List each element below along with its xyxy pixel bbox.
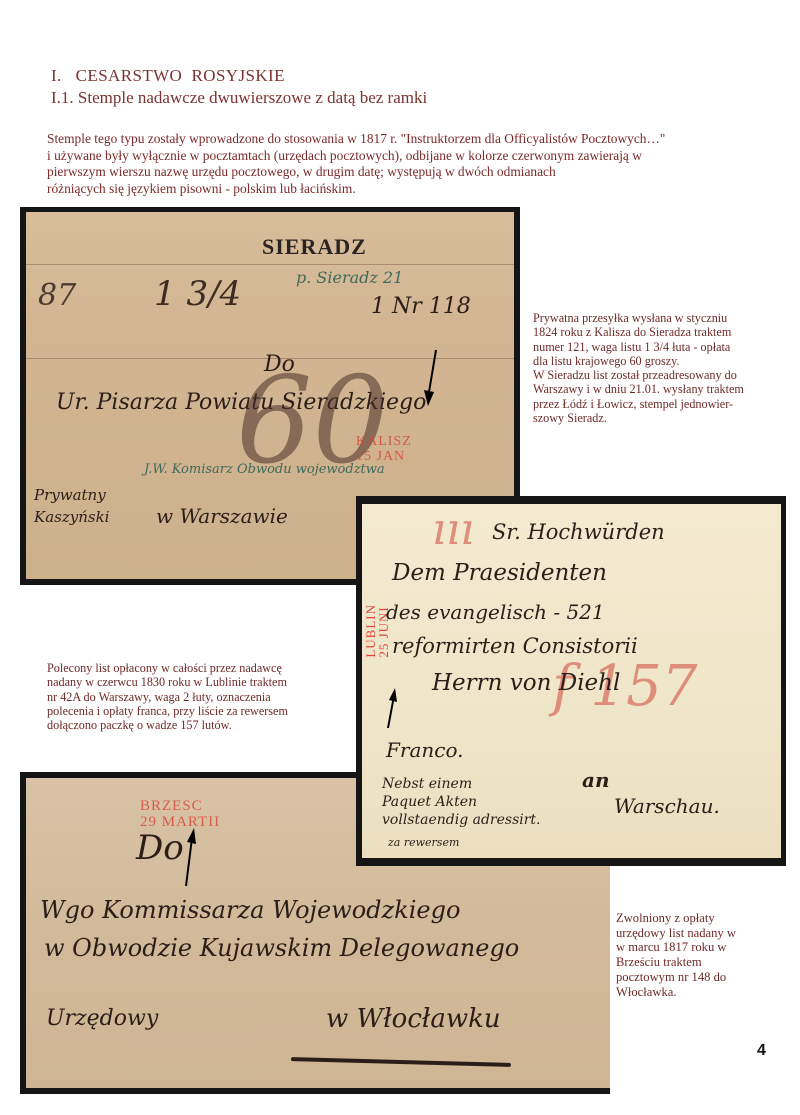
handwriting-line-5: Herrn von Diehl	[432, 670, 620, 696]
handwriting-notation: Prywatny Kaszyński	[34, 484, 104, 528]
intro-paragraph: Stemple tego typu zostały wprowadzone do…	[47, 131, 800, 197]
handwriting-franco: Franco.	[386, 738, 464, 762]
handwriting-notation: Urzędowy	[46, 1006, 158, 1031]
handwriting-city: Warschau.	[614, 794, 720, 818]
red-mark-top: ııı	[432, 504, 474, 555]
handwriting-note: za rewersem	[388, 836, 459, 849]
arrow-pointer-icon	[384, 688, 400, 730]
handwriting-line-2: Dem Praesidenten	[392, 560, 607, 586]
handwriting-route: p. Sieradz 21	[296, 268, 403, 287]
handwriting-parcel-3: vollstaendig adressirt.	[382, 812, 541, 828]
arrow-pointer-icon	[180, 826, 200, 888]
handwriting-address-line-2: w Obwodzie Kujawskim Delegowanego	[44, 934, 519, 962]
handwriting-destination: w Włocławku	[326, 1004, 501, 1034]
handwriting-line-1: Sr. Hochwürden	[492, 520, 665, 544]
intro-line: i używane były wyłącznie w pocztamtach (…	[47, 148, 800, 165]
caption-cover-2: Polecony list opłacony w całości przez n…	[47, 661, 288, 732]
arrow-pointer-icon	[422, 348, 442, 408]
intro-line: pierwszym wierszu nazwę urzędu pocztoweg…	[47, 164, 800, 181]
intro-line: różniących się językiem pisowni - polski…	[47, 181, 800, 198]
handwriting-salutation: Do	[136, 828, 184, 868]
cover-paper: ııı f 157 LUBLIN 25 JUNI Sr. Hochwürden …	[362, 504, 781, 858]
handwriting-parcel-1: Nebst einem	[382, 776, 472, 792]
caption-cover-1: Prywatna przesyłka wysłana w styczniu 18…	[533, 311, 744, 425]
stamp-sieradz: SIERADZ	[262, 234, 367, 260]
handwriting-route-number: 1 Nr 118	[371, 294, 471, 319]
handwriting-line-4: reformirten Consistorii	[392, 634, 638, 658]
intro-line: Stemple tego typu zostały wprowadzone do…	[47, 131, 800, 148]
caption-cover-3: Zwolniony z opłaty urzędowy list nadany …	[616, 911, 736, 999]
cover-image-lublin: ııı f 157 LUBLIN 25 JUNI Sr. Hochwürden …	[356, 496, 786, 866]
chapter-number: I.	[51, 66, 62, 85]
section-title: I.1. Stemple nadawcze dwuwierszowe z dat…	[51, 88, 427, 108]
handwriting-address-line-1: Wgo Kommissarza Wojewodzkiego	[40, 896, 460, 924]
page-number: 4	[757, 1042, 766, 1060]
fold-line	[26, 264, 514, 265]
handwriting-redirect: J.W. Komisarz Obwodu wojewodztwa	[144, 462, 385, 477]
handwriting-number: 87	[38, 278, 76, 313]
chapter-heading: I. CESARSTWO ROSYJSKIE	[51, 66, 285, 86]
handwriting-destination: w Warszawie	[156, 504, 288, 528]
handwriting-line-3: des evangelisch - 521	[386, 600, 605, 624]
handwriting-parcel-2: Paquet Akten	[382, 794, 477, 810]
handwriting-rate: 1 3/4	[154, 274, 241, 314]
handwriting-to: an	[582, 768, 610, 792]
chapter-title: CESARSTWO ROSYJSKIE	[76, 66, 285, 85]
underline-stroke	[291, 1057, 511, 1067]
stamp-kalisz: KALISZ 15 JAN	[356, 434, 412, 464]
